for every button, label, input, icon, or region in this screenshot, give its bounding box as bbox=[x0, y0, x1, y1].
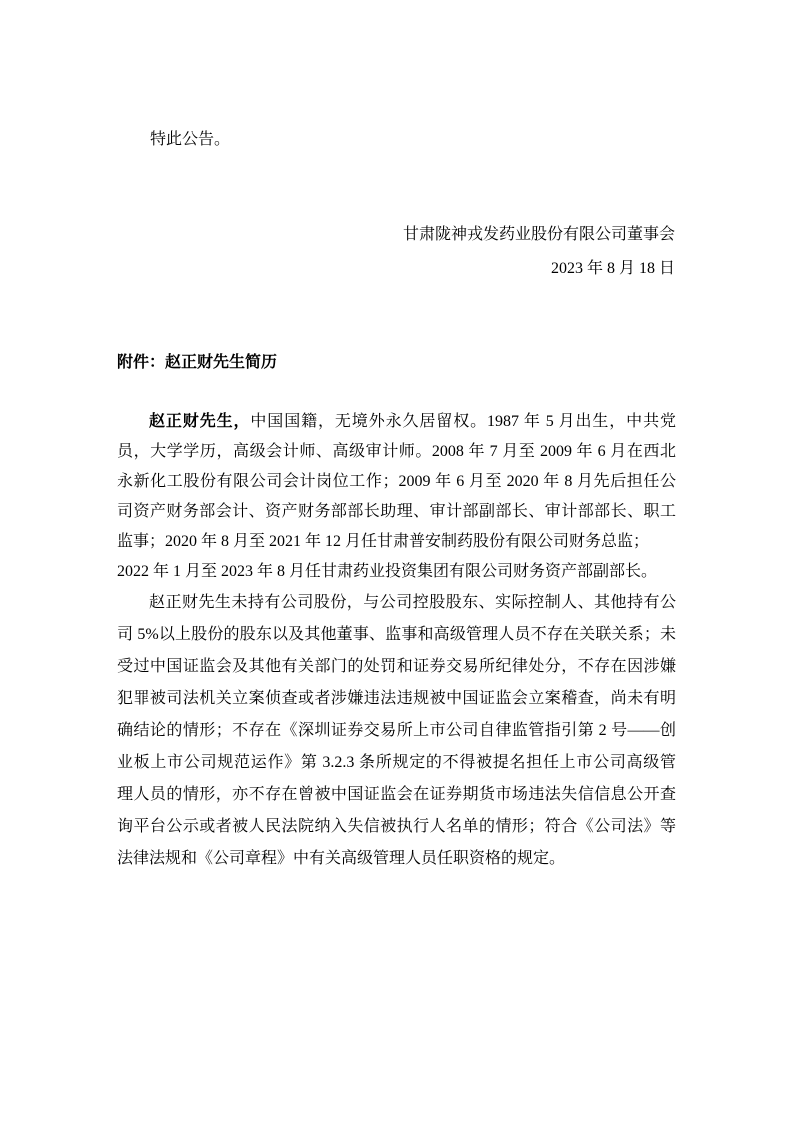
resume-body: 赵正财先生，中国国籍，无境外永久居留权。1987 年 5 月出生，中共党员，大学… bbox=[117, 407, 676, 875]
body-line: 赵正财先生未持有公司股份，与公司控股股东、实际控制人、其他持有公 bbox=[117, 587, 676, 619]
body-line: 司 5%以上股份的股东以及其他董事、监事和高级管理人员不存在关联关系；未 bbox=[117, 619, 676, 651]
body-line: 法律法规和《公司章程》中有关高级管理人员任职资格的规定。 bbox=[117, 843, 676, 875]
body-line: 确结论的情形；不存在《深圳证券交易所上市公司自律监管指引第 2 号——创 bbox=[117, 715, 676, 747]
person-name-lead: 赵正财先生， bbox=[149, 413, 250, 430]
body-line: 2022 年 1 月至 2023 年 8 月任甘肃药业投资集团有限公司财务资产部… bbox=[117, 557, 676, 587]
paragraph-1: 赵正财先生，中国国籍，无境外永久居留权。1987 年 5 月出生，中共党员，大学… bbox=[117, 407, 676, 587]
paragraph-2: 赵正财先生未持有公司股份，与公司控股股东、实际控制人、其他持有公司 5%以上股份… bbox=[117, 587, 676, 875]
body-line: 永新化工股份有限公司会计岗位工作；2009 年 6 月至 2020 年 8 月先… bbox=[117, 467, 676, 497]
body-line: 询平台公示或者被人民法院纳入失信被执行人名单的情形；符合《公司法》等 bbox=[117, 811, 676, 843]
body-line: 赵正财先生，中国国籍，无境外永久居留权。1987 年 5 月出生，中共党 bbox=[117, 407, 676, 437]
body-line: 监事；2020 年 8 月至 2021 年 12 月任甘肃普安制药股份有限公司财… bbox=[117, 527, 676, 557]
body-line: 司资产财务部会计、资产财务部部长助理、审计部副部长、审计部部长、职工 bbox=[117, 497, 676, 527]
signature-date: 2023 年 8 月 18 日 bbox=[403, 252, 675, 286]
announcement-document-page: 特此公告。 甘肃陇神戎发药业股份有限公司董事会 2023 年 8 月 18 日 … bbox=[0, 0, 793, 1122]
signature-company: 甘肃陇神戎发药业股份有限公司董事会 bbox=[403, 218, 675, 252]
body-line: 业板上市公司规范运作》第 3.2.3 条所规定的不得被提名担任上市公司高级管 bbox=[117, 747, 676, 779]
attachment-heading: 附件：赵正财先生简历 bbox=[117, 352, 277, 374]
body-line: 理人员的情形，亦不存在曾被中国证监会在证券期货市场违法失信信息公开查 bbox=[117, 779, 676, 811]
body-line: 犯罪被司法机关立案侦查或者涉嫌违法违规被中国证监会立案稽查，尚未有明 bbox=[117, 683, 676, 715]
body-line: 员，大学学历，高级会计师、高级审计师。2008 年 7 月至 2009 年 6 … bbox=[117, 437, 676, 467]
body-line: 受过中国证监会及其他有关部门的处罚和证券交易所纪律处分，不存在因涉嫌 bbox=[117, 651, 676, 683]
signature-block: 甘肃陇神戎发药业股份有限公司董事会 2023 年 8 月 18 日 bbox=[403, 218, 675, 286]
closing-statement: 特此公告。 bbox=[150, 125, 230, 155]
